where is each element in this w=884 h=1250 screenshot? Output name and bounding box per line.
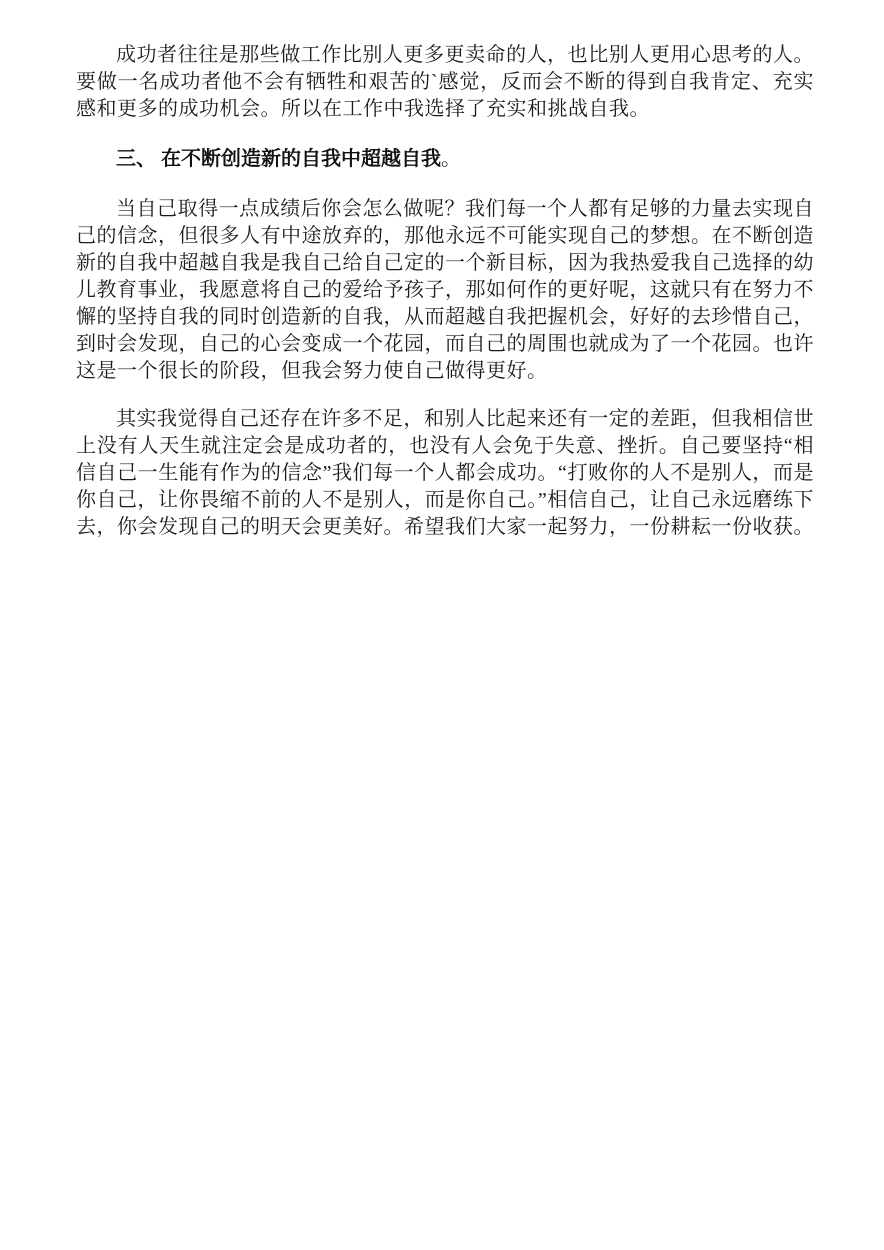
document-body: 成功者往往是那些做工作比别人更多更卖命的人，也比别人更用心思考的人。要做一名成功…: [76, 42, 814, 562]
paragraph-success-workers: 成功者往往是那些做工作比别人更多更卖命的人，也比别人更用心思考的人。要做一名成功…: [76, 42, 814, 123]
section-heading-3-period: 。: [441, 148, 461, 170]
paragraph-believe-self: 其实我觉得自己还存在许多不足，和别人比起来还有一定的差距，但我相信世上没有人天生…: [76, 406, 814, 541]
paragraph-surpass-self: 当自己取得一点成绩后你会怎么做呢？我们每一个人都有足够的力量去实现自己的信念，但…: [76, 196, 814, 385]
document-page: 成功者往往是那些做工作比别人更多更卖命的人，也比别人更用心思考的人。要做一名成功…: [0, 0, 884, 1250]
section-heading-3-text: 三、 在不断创造新的自我中超越自我: [116, 148, 441, 170]
section-heading-3: 三、 在不断创造新的自我中超越自我。: [76, 146, 814, 173]
